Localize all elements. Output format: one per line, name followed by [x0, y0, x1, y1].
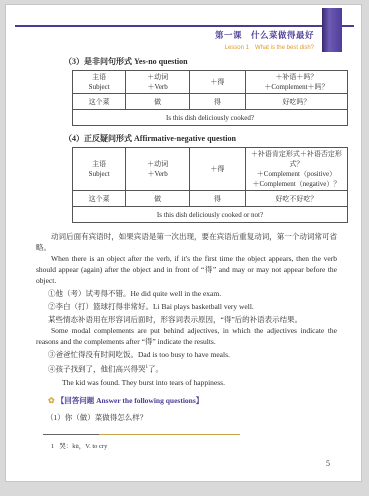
- rule2-paragraph-zh: 某些情态补语用在形容词后面时，形容词表示原因，“得”后的补语表示结果。: [36, 314, 337, 325]
- footnote: 1哭：kū，V. to cry: [51, 441, 107, 450]
- rule-paragraph-zh: 动词后面有宾语时，如果宾语是第一次出现，要在宾语后重复动词，第一个动词常可省略。: [36, 231, 337, 253]
- textbook-page: 第一课 什么菜做得最好 Lesson 1 What is the best di…: [5, 4, 362, 482]
- example-cell-de: 得: [189, 94, 245, 110]
- header-cell-subject: 主语 Subject: [73, 148, 126, 191]
- translation-cell: Is this dish deliciously cooked or not?: [73, 207, 348, 223]
- header-de-zh: ＋得: [192, 77, 243, 87]
- lesson-title-zh: 第一课 什么菜做得最好: [215, 29, 314, 41]
- header-cell-de: ＋得: [189, 71, 245, 94]
- header-complement-line3: ＋Complement（negative）？: [248, 179, 345, 189]
- footnote-divider: [43, 434, 99, 435]
- table-header-row: 主语 Subject ＋动词 ＋Verb ＋得 ＋补语＋吗？ ＋Compleme…: [73, 71, 348, 94]
- example-sentence-1: ①他（考）试考得不错。He did quite well in the exam…: [36, 288, 337, 299]
- header-verb-en: ＋Verb: [128, 169, 187, 179]
- rule2-paragraph-en: Some modal complements are put behind ad…: [36, 325, 337, 347]
- header-cell-complement: ＋补语肯定形式＋补语否定形式？ ＋Complement（positive） ＋C…: [245, 148, 347, 191]
- example-sentence-2: ②李白（打）篮球打得非常好。Li Bai plays basketball ve…: [36, 301, 337, 312]
- lesson-title-en: Lesson 1 What is the best dish?: [215, 42, 314, 51]
- example-cell-complement: 好吃吗？: [245, 94, 347, 110]
- example-cell-de: 得: [189, 191, 245, 207]
- section-heading-affirmative-negative: （4）正反疑问形式 Affirmative-negative question: [36, 133, 337, 144]
- example-cell-verb: 做: [126, 94, 190, 110]
- header-subject-en: Subject: [75, 82, 123, 92]
- example-cell-verb: 做: [126, 191, 190, 207]
- footnote-marker: 1: [51, 443, 54, 450]
- header-cell-complement: ＋补语＋吗？ ＋Complement＋吗？: [245, 71, 347, 94]
- rule-paragraph-en: When there is an object after the verb, …: [36, 253, 337, 286]
- exercise-heading-label: 【回答问题 Answer the following questions】: [57, 396, 204, 405]
- header-complement-en: ＋Complement＋吗？: [248, 82, 345, 92]
- header-cell-verb: ＋动词 ＋Verb: [126, 71, 190, 94]
- flower-bullet-icon: ✿: [48, 396, 55, 405]
- page-content: （3）是非问句形式 Yes-no question 主语 Subject ＋动词…: [36, 53, 337, 435]
- header-divider: [15, 25, 354, 27]
- table-translation-row: Is this dish deliciously cooked or not?: [73, 207, 348, 223]
- table-translation-row: Is this dish deliciously cooked?: [73, 110, 348, 126]
- example-cell-subject: 这个菜: [73, 191, 126, 207]
- header-de-zh: ＋得: [192, 164, 243, 174]
- table-header-row: 主语 Subject ＋动词 ＋Verb ＋得 ＋补语肯定形式＋补语否定形式？ …: [73, 148, 348, 191]
- header-verb-zh: ＋动词: [128, 159, 187, 169]
- example-cell-subject: 这个菜: [73, 94, 126, 110]
- example-4-translation: The kid was found. They burst into tears…: [36, 377, 337, 388]
- header-cell-subject: 主语 Subject: [73, 71, 126, 94]
- page-number: 5: [326, 459, 330, 468]
- table-example-row: 这个菜 做 得 好吃吗？: [73, 94, 348, 110]
- section-heading-yes-no: （3）是非问句形式 Yes-no question: [36, 56, 337, 67]
- header-verb-zh: ＋动词: [128, 72, 187, 82]
- translation-cell: Is this dish deliciously cooked?: [73, 110, 348, 126]
- question-1: （1）你（做）菜做得怎么样？: [36, 412, 337, 423]
- footnote-text: 哭：kū，V. to cry: [59, 443, 107, 450]
- header-cell-de: ＋得: [189, 148, 245, 191]
- header-complement-zh: ＋补语＋吗？: [248, 72, 345, 82]
- header-verb-en: ＋Verb: [128, 82, 187, 92]
- example-cell-complement: 好吃不好吃？: [245, 191, 347, 207]
- table-example-row: 这个菜 做 得 好吃不好吃？: [73, 191, 348, 207]
- answer-blank-line: [82, 434, 240, 435]
- example-sentence-4: ④孩子找到了，他们高兴得哭1了。: [36, 362, 337, 375]
- page-header: 第一课 什么菜做得最好 Lesson 1 What is the best di…: [215, 29, 314, 51]
- yes-no-question-table: 主语 Subject ＋动词 ＋Verb ＋得 ＋补语＋吗？ ＋Compleme…: [72, 70, 348, 126]
- exercise-block: ✿【回答问题 Answer the following questions】 （…: [36, 395, 337, 435]
- header-subject-zh: 主语: [75, 159, 123, 169]
- chapter-side-tab: [322, 8, 342, 52]
- affirmative-negative-question-table: 主语 Subject ＋动词 ＋Verb ＋得 ＋补语肯定形式＋补语否定形式？ …: [72, 147, 348, 223]
- example-sentence-3: ③爸爸忙得没有时间吃饭。Dad is too busy to have meal…: [36, 349, 337, 360]
- exercise-heading: ✿【回答问题 Answer the following questions】: [36, 395, 337, 406]
- header-complement-line2: ＋Complement（positive）: [248, 169, 345, 179]
- header-cell-verb: ＋动词 ＋Verb: [126, 148, 190, 191]
- example-4-zh: ④孩子找到了，他们高兴得哭: [48, 365, 146, 374]
- header-subject-en: Subject: [75, 169, 123, 179]
- example-4-zh-end: 了。: [148, 365, 163, 374]
- header-subject-zh: 主语: [75, 72, 123, 82]
- header-complement-line1: ＋补语肯定形式＋补语否定形式？: [248, 149, 345, 169]
